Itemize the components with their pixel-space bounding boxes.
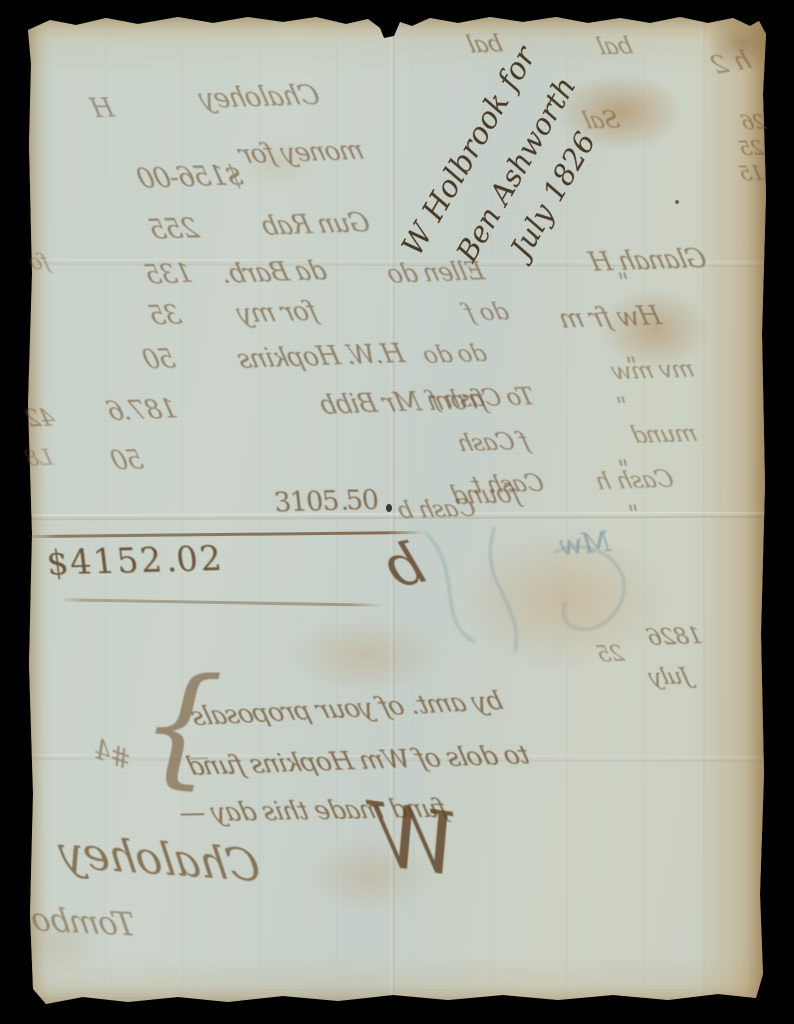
showthrough-bal-2: bal [595, 33, 635, 58]
memo-month: July [647, 665, 693, 689]
sum-rule-lower [58, 598, 383, 607]
showthrough-bal-4: Sal [581, 107, 622, 132]
amount-42: 42 [23, 406, 57, 431]
showthrough-col-do-f: do f [463, 299, 511, 324]
memo-brace: { [138, 659, 224, 792]
ghost-blue-squiggle: Mw [559, 528, 612, 560]
showthrough-right-row5: Cash h [593, 467, 676, 494]
amount-35: 35 [147, 302, 184, 329]
showthrough-col-do-do: do do [421, 341, 489, 367]
amount-50b: 50 [109, 447, 146, 474]
amount-255: 255 [147, 215, 202, 244]
showthrough-right-row4: mund [629, 421, 699, 447]
showthrough-right-row1: Glanah H [587, 246, 709, 276]
date-col-25: 25 [738, 138, 766, 159]
margin-mark-l8: L8 [23, 448, 55, 471]
sum-rule-upper [25, 531, 425, 538]
date-col-15: 15 [738, 163, 766, 184]
showthrough-right-row3: mv mw [609, 357, 697, 384]
showthrough-col-to-cash: To Cash f [427, 384, 536, 412]
w-flourish: W [372, 791, 459, 890]
showthrough-col-f-cash: f Cash [455, 429, 531, 455]
under-signature: Tombo [30, 903, 138, 941]
signature: Chalohey [57, 831, 263, 889]
amount-135: 135 [143, 261, 196, 289]
memo-year: 1826 [645, 625, 705, 650]
showthrough-row2-words: Gun Rab [259, 210, 372, 240]
document-scan: W Holbrook for Ben Ashworth July 1826 H … [0, 0, 794, 1024]
total-amount: $4152.02 [41, 542, 228, 581]
showthrough-bal-3: h 2 [708, 47, 755, 79]
showthrough-header: Chalohey [197, 82, 322, 113]
showthrough-right-row2: Hw fr m [557, 303, 664, 333]
showthrough-row5-words: H.W. Hopkins [235, 341, 407, 373]
memo-line-1: by amt. of your proposals [189, 688, 506, 730]
date-col-26: 26 [740, 112, 768, 133]
ditto-mark-3: " [615, 394, 631, 418]
memo-balance-mark: #4 [91, 736, 136, 774]
showthrough-money-for: money for [237, 138, 367, 168]
memo-small-25: 25 [595, 644, 626, 667]
showthrough-row3-words: da Barb. [219, 258, 329, 288]
amount-156: $156-00 [135, 162, 246, 193]
ink-layer: W Holbrook for Ben Ashworth July 1826 H … [0, 0, 794, 1024]
showthrough-bal-1: bal [465, 31, 505, 56]
amount-187: 187.6 [105, 397, 180, 425]
showthrough-row3b-words: Ellen do [385, 258, 487, 286]
margin-mark-fo: fo [27, 252, 52, 275]
amount-50: 50 [141, 346, 178, 373]
memo-line-2: to dols of Wm Hopkins fund [185, 742, 532, 780]
showthrough-h-mark: H [89, 96, 117, 123]
showthrough-row4-words: for my [235, 299, 320, 328]
subtotal-amount: 3105.50 [270, 487, 382, 517]
